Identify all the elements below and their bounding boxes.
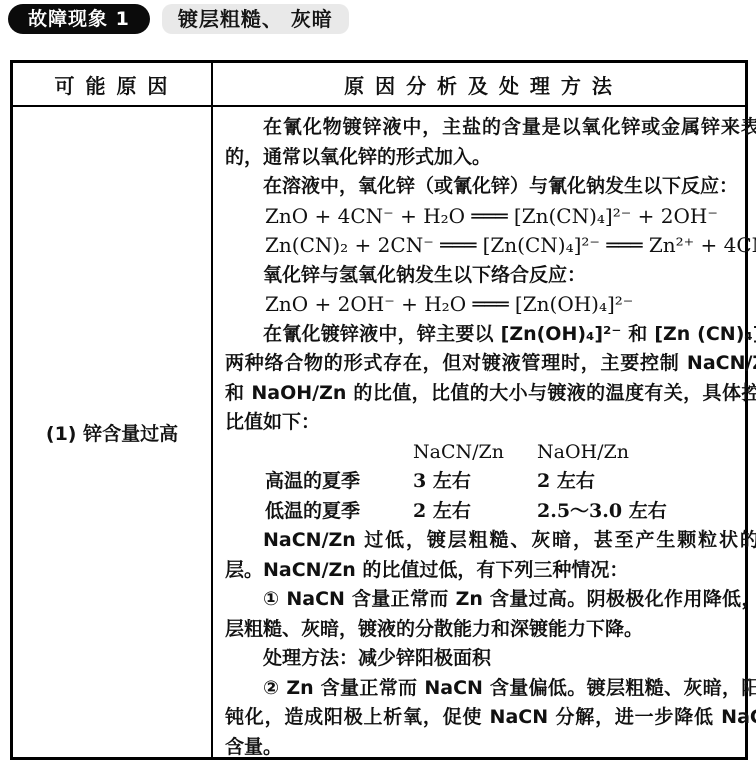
fault-title-chip: 镀层粗糙、 灰暗 (162, 4, 349, 34)
fault-banner: 故障现象 1 镀层粗糙、 灰暗 (8, 4, 349, 34)
paragraph-complex-reaction-intro: 氧化锌与氢氧化钠发生以下络合反应： (225, 261, 756, 291)
paragraph-reaction-intro: 在溶液中，氧化锌（或氰化锌）与氰化钠发生以下反应： (225, 172, 756, 202)
fault-number-badge: 故障现象 1 (8, 4, 150, 34)
fault-title-label: 镀层粗糙、 灰暗 (178, 7, 333, 31)
document-page: 故障现象 1 镀层粗糙、 灰暗 可 能 原 因 原 因 分 析 及 处 理 方 … (0, 0, 756, 765)
ratio-row-label: 低温的夏季 (265, 497, 413, 527)
paragraph-ratio-control: 在氰化镀锌液中，锌主要以 [Zn(OH)₄]²⁻ 和 [Zn (CN)₄]²⁻ … (225, 320, 756, 438)
fault-number-label: 故障现象 1 (28, 8, 130, 30)
ratio-row-high-temp: 高温的夏季 3 左右 2 左右 (225, 467, 756, 497)
chemical-equation-2: Zn(CN)₂ + 2CN⁻ ═══ [Zn(CN)₄]²⁻ ═══ Zn²⁺ … (225, 231, 756, 261)
ratio-table: NaCN/Zn NaOH/Zn 高温的夏季 3 左右 2 左右 低温的夏季 2 … (225, 438, 756, 527)
cause-cell: (1) 锌含量过高 (13, 107, 213, 757)
ratio-table-header: NaCN/Zn NaOH/Zn (225, 438, 756, 468)
paragraph-case-2: ② Zn 含量正常而 NaCN 含量偏低。镀层粗糙、灰暗，阳极钝化，造成阳极上析… (225, 674, 756, 763)
analysis-cell: 在氰化物镀锌液中，主盐的含量是以氧化锌或金属锌来表示的，通常以氧化锌的形式加入。… (213, 107, 756, 757)
ratio-nacn-value: 3 左右 (413, 467, 537, 497)
column-header-analysis-method: 原 因 分 析 及 处 理 方 法 (213, 63, 745, 105)
table-body-row: (1) 锌含量过高 在氰化物镀锌液中，主盐的含量是以氧化锌或金属锌来表示的，通常… (13, 107, 745, 757)
ratio-col-spacer (265, 438, 413, 468)
chemical-equation-3: ZnO + 2OH⁻ + H₂O ═══ [Zn(OH)₄]²⁻ (225, 290, 756, 320)
column-header-possible-cause: 可 能 原 因 (13, 63, 213, 105)
ratio-naoh-value: 2 左右 (537, 467, 756, 497)
paragraph-case-1: ① NaCN 含量正常而 Zn 含量过高。阴极极化作用降低，镀层粗糙、灰暗，镀液… (225, 585, 756, 644)
ratio-col-nacn-zn: NaCN/Zn (413, 438, 537, 468)
ratio-row-low-temp: 低温的夏季 2 左右 2.5～3.0 左右 (225, 497, 756, 527)
cause-text: (1) 锌含量过高 (46, 419, 178, 446)
ratio-nacn-value: 2 左右 (413, 497, 537, 527)
ratio-naoh-value: 2.5～3.0 左右 (537, 497, 756, 527)
ratio-col-naoh-zn: NaOH/Zn (537, 438, 756, 468)
paragraph-low-ratio-effect: NaCN/Zn 过低，镀层粗糙、灰暗，甚至产生颗粒状的镀层。NaCN/Zn 的比… (225, 526, 756, 585)
table-header-row: 可 能 原 因 原 因 分 析 及 处 理 方 法 (13, 63, 745, 107)
fault-analysis-table: 可 能 原 因 原 因 分 析 及 处 理 方 法 (1) 锌含量过高 在氰化物… (10, 60, 748, 760)
paragraph-intro: 在氰化物镀锌液中，主盐的含量是以氧化锌或金属锌来表示的，通常以氧化锌的形式加入。 (225, 113, 756, 172)
chemical-equation-1: ZnO + 4CN⁻ + H₂O ═══ [Zn(CN)₄]²⁻ + 2OH⁻ (225, 202, 756, 232)
paragraph-treatment-method: 处理方法：减少锌阳极面积 (225, 644, 756, 674)
ratio-row-label: 高温的夏季 (265, 467, 413, 497)
